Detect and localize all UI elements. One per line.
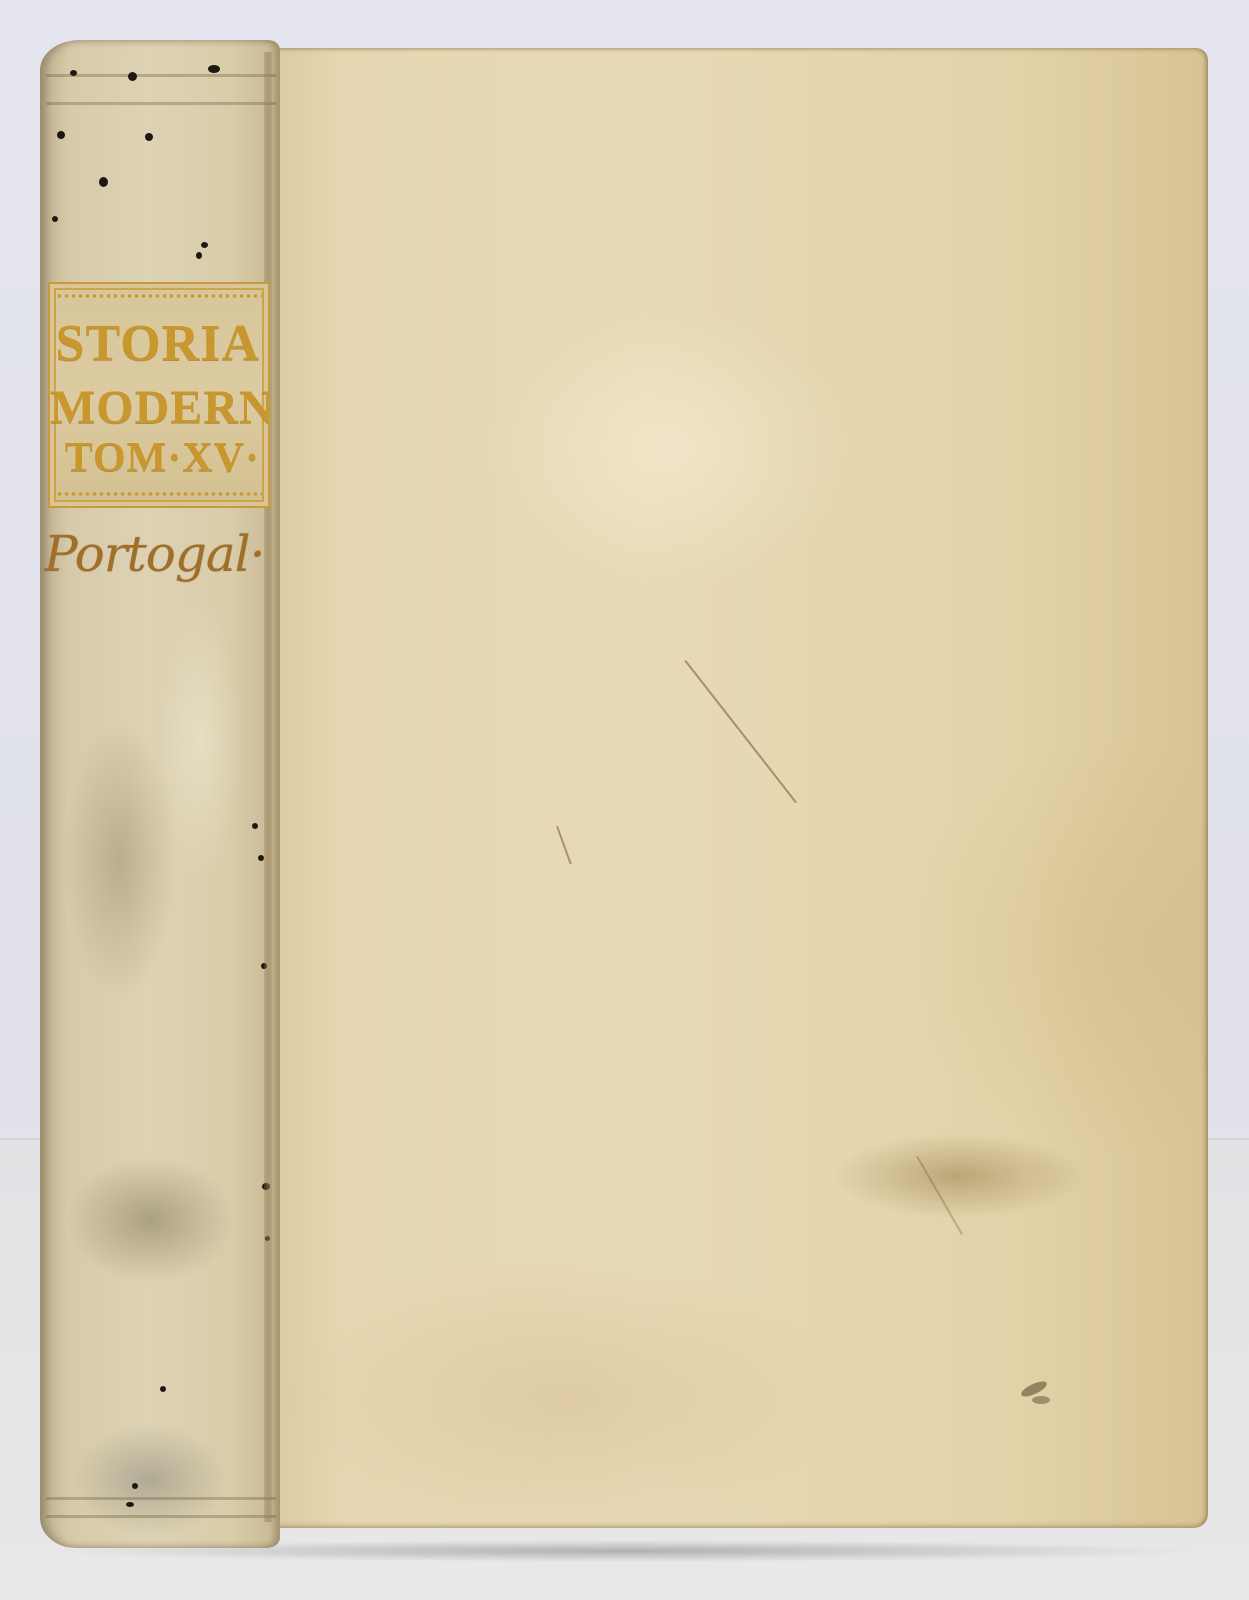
wormhole	[196, 252, 202, 259]
spine-title-label: STORIA MODERN TOM·XV·	[48, 282, 270, 508]
spine-band-bottom	[46, 1515, 276, 1518]
cover-crease	[685, 660, 797, 803]
spine-band-top	[46, 74, 276, 77]
wormhole	[252, 823, 258, 829]
wormhole	[145, 133, 153, 141]
cover-crease	[917, 1156, 963, 1235]
wormhole	[128, 72, 137, 81]
spine-title-line-1: STORIA	[50, 314, 268, 373]
gilt-border-top	[56, 292, 262, 300]
wormhole	[70, 70, 77, 76]
book: STORIA MODERN TOM·XV· Portogal·	[0, 0, 1249, 1600]
spine-band-top	[46, 102, 276, 105]
spine-volume-number: TOM·XV·	[50, 434, 268, 482]
spine-handwritten-title: Portogal·	[44, 525, 272, 583]
wormhole	[208, 65, 220, 73]
front-cover	[268, 48, 1208, 1528]
wormhole	[201, 242, 208, 248]
cover-crease	[557, 826, 572, 864]
gilt-border-bottom	[56, 490, 262, 498]
spine-title-line-2: MODERN	[50, 380, 268, 435]
wormhole	[52, 216, 58, 222]
spine	[40, 40, 280, 1548]
wormhole	[99, 177, 108, 187]
wormhole	[160, 1386, 166, 1392]
wormhole	[57, 131, 65, 139]
cover-stain	[1032, 1396, 1050, 1404]
spine-band-bottom	[46, 1497, 276, 1500]
wormhole	[132, 1483, 138, 1489]
spine-joint	[264, 52, 272, 1522]
wormhole	[126, 1502, 134, 1507]
